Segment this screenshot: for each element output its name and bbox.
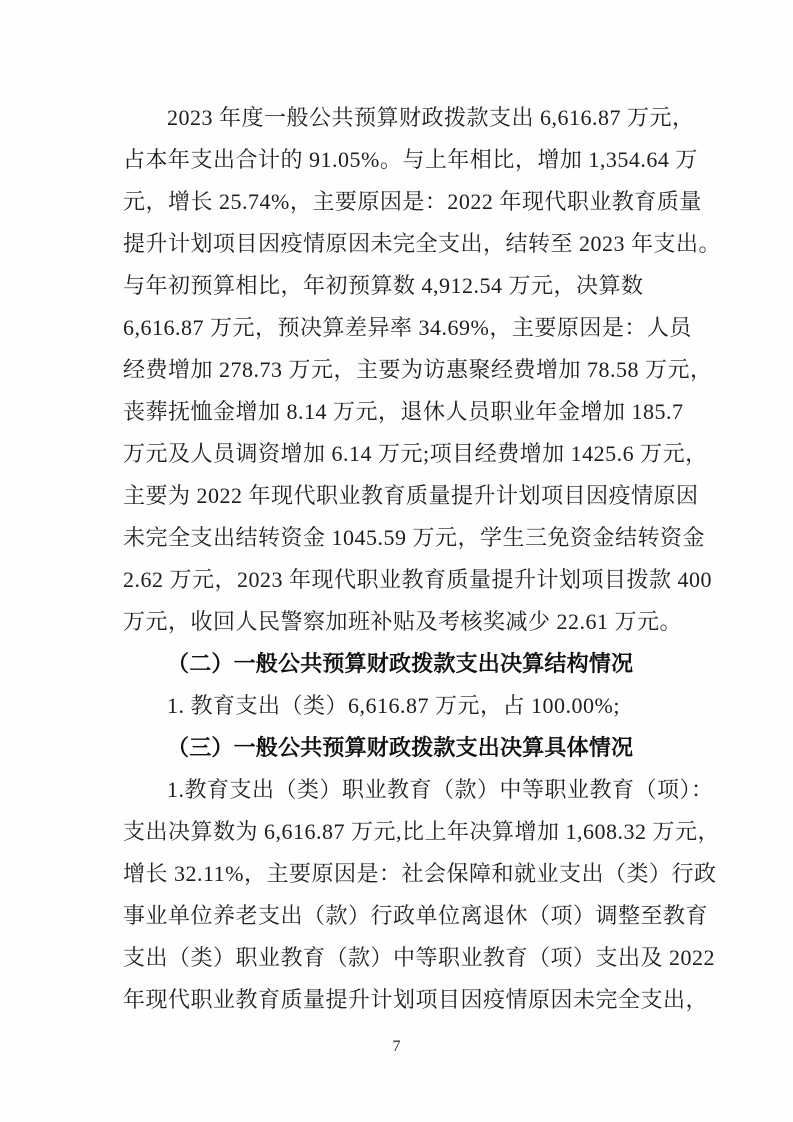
text-line: 1. 教育支出（类）6,616.87 万元，占 100.00%; <box>123 685 683 727</box>
section-heading: （二）一般公共预算财政拨款支出决算结构情况 <box>123 643 683 685</box>
text-line: 事业单位养老支出（款）行政单位离退休（项）调整至教育 <box>123 895 683 937</box>
text-line: 经费增加 278.73 万元，主要为访惠聚经费增加 78.58 万元， <box>123 349 683 391</box>
text-line: 支出决算数为 6,616.87 万元,比上年决算增加 1,608.32 万元， <box>123 811 683 853</box>
text-line: 2.62 万元，2023 年现代职业教育质量提升计划项目拨款 400 <box>123 559 683 601</box>
text-line: 支出（类）职业教育（款）中等职业教育（项）支出及 2022 <box>123 937 683 979</box>
document-page: 2023 年度一般公共预算财政拨款支出 6,616.87 万元，占本年支出合计的… <box>0 0 793 1122</box>
document-body: 2023 年度一般公共预算财政拨款支出 6,616.87 万元，占本年支出合计的… <box>123 97 683 1021</box>
text-line: 提升计划项目因疫情原因未完全支出，结转至 2023 年支出。 <box>123 223 683 265</box>
text-line: 未完全支出结转资金 1045.59 万元，学生三免资金结转资金 <box>123 517 683 559</box>
text-line: 元，增长 25.74%，主要原因是：2022 年现代职业教育质量 <box>123 181 683 223</box>
text-line: 1.教育支出（类）职业教育（款）中等职业教育（项）： <box>123 769 683 811</box>
text-line: 占本年支出合计的 91.05%。与上年相比，增加 1,354.64 万 <box>123 139 683 181</box>
section-heading: （三）一般公共预算财政拨款支出决算具体情况 <box>123 727 683 769</box>
text-line: 万元，收回人民警察加班补贴及考核奖减少 22.61 万元。 <box>123 601 683 643</box>
page-number: 7 <box>0 1036 793 1058</box>
text-line: 与年初预算相比，年初预算数 4,912.54 万元，决算数 <box>123 265 683 307</box>
text-line: 增长 32.11%，主要原因是：社会保障和就业支出（类）行政 <box>123 853 683 895</box>
text-line: 丧葬抚恤金增加 8.14 万元，退休人员职业年金增加 185.7 <box>123 391 683 433</box>
text-line: 主要为 2022 年现代职业教育质量提升计划项目因疫情原因 <box>123 475 683 517</box>
text-line: 万元及人员调资增加 6.14 万元;项目经费增加 1425.6 万元， <box>123 433 683 475</box>
text-line: 年现代职业教育质量提升计划项目因疫情原因未完全支出， <box>123 979 683 1021</box>
text-line: 2023 年度一般公共预算财政拨款支出 6,616.87 万元， <box>123 97 683 139</box>
text-line: 6,616.87 万元，预决算差异率 34.69%，主要原因是：人员 <box>123 307 683 349</box>
